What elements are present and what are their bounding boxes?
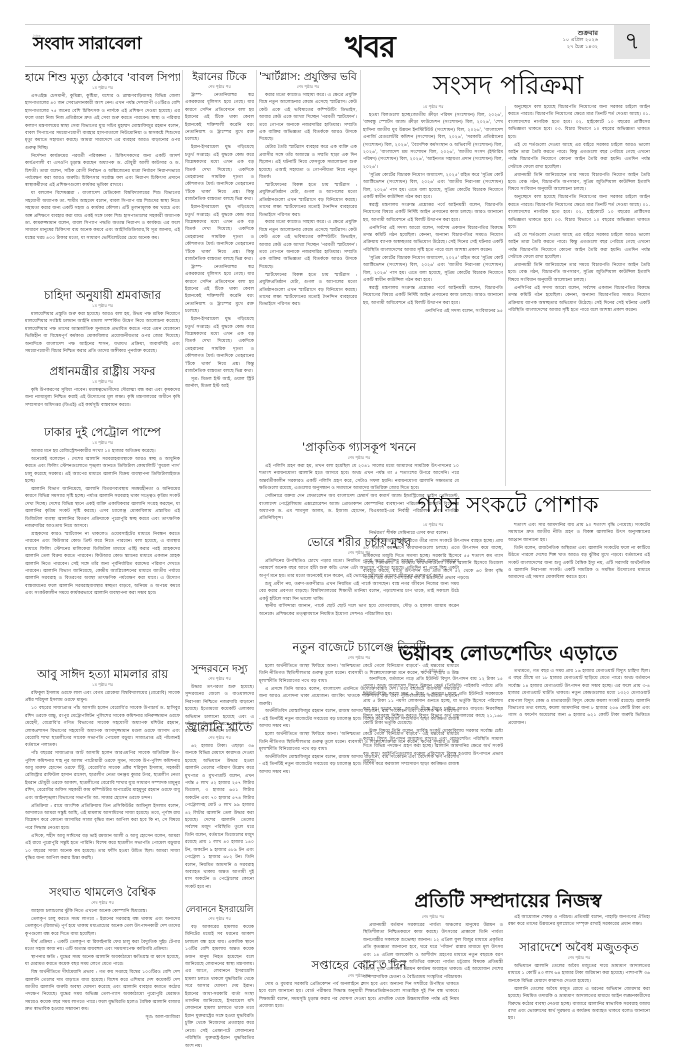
article-paragraph: অভিযানে জ্বালানি তেলের অবৈধ মজুতের দায়ে…	[508, 963, 650, 985]
article-paragraph: ট্রাম্প- নেতানিয়াহুর স্বপ্ন একরকমের ধূল…	[185, 264, 254, 316]
article-toward-iran: ইরানের টিকে শেষ পৃষ্ঠার পর ট্রাম্প- নেতা…	[185, 70, 254, 391]
article-paragraph: করার মতো কাজেও সাহায্য করে। এ ক্ষেত্রে প…	[259, 219, 357, 271]
article-paragraph: এই যে শর্তগুলো দেওয়া আছে এর বাইরে সরকার…	[508, 142, 650, 172]
headline-toward-iran: ইরানের টিকে	[185, 70, 254, 84]
article-paragraph: এনসিপির এই সদস্য আরো বলেন, সর্বশেষ একজন …	[508, 285, 650, 315]
article-gas-crisis-clothing: গ্যাস সংকটে পোশাক	[363, 492, 653, 520]
article-paragraph: স্থানীয় বাসিন্দারা জানান, পার্কে ছোট ছো…	[259, 603, 459, 618]
article-abu-sayeed: আবু সাঈদ হত্যা মামলার রায় ১ম পৃষ্ঠার পর…	[25, 667, 180, 863]
article-paragraph: শুধু প্রবীণ নয়, তরুণ-তরুণীরাও এখন নিয়ম…	[259, 581, 459, 603]
article-paragraph: এই পলিসি গ্রহণ করা হয়, তখন বলা হয়েছিল …	[259, 463, 459, 493]
jump-line: শেষ পৃষ্ঠার পর	[363, 914, 503, 920]
article-paragraph: অনুচ্ছেদে বলা হয়েছে বিচারপতি নিয়োগের জ…	[508, 104, 650, 141]
newspaper-name: সংবাদ সারাবেলা	[33, 31, 141, 59]
jump-line: শেষ পৃষ্ঠার পর	[25, 900, 180, 906]
article-labour-market: চাহিদা অনুযায়ী শ্রমবাজার ১ম পৃষ্ঠার পর …	[25, 288, 180, 356]
section-divider	[363, 490, 651, 491]
jump-line: ১ম পৃষ্ঠার পর	[363, 522, 503, 528]
article-energy-sector: জ্বালানি খাতে শেষ পৃষ্ঠার পর ৬২ হাজার টা…	[185, 720, 254, 892]
jump-line: ১ম পৃষ্ঠার পর	[25, 85, 180, 91]
jump-line: শেষ পৃষ্ঠার পর	[259, 84, 357, 90]
article-paragraph: এনসিপির এই সদস্য আরো বলেন, সর্বশেষ একজন …	[363, 225, 503, 255]
article-paragraph: এনসিপির এই সদস্য বলেন, সংবিধানের ৯৫	[363, 308, 503, 315]
article-source: সূত্র: মিডল ইস্ট আই, ওয়াল স্ট্রিট জার্ন…	[185, 376, 254, 391]
article-paragraph: যা বললেন বিশেষজ্ঞরা : বাংলাদেশ মেডিকেল ব…	[25, 190, 180, 242]
headline-illegal-hoarding: সারাদেশে অবৈধ মজুতকৃত	[508, 940, 650, 955]
gas-crisis-column-2: শতাংশ এবং সার আমদানির ব্যয় প্রায় ৯০ শত…	[508, 522, 650, 582]
article-paragraph: জ্বালানি বিভাগ জানিয়েছে, জ্বালানি বিতরণ…	[25, 486, 180, 530]
article-paragraph: অনুচ্ছেদে বলা হয়েছে বিচারপতি নিয়োগের জ…	[508, 194, 650, 231]
article-paragraph: মেটার তৈরি স্মার্টগ্লাস ব্যবহার করে এক ব…	[259, 144, 357, 181]
jump-line: ১ম পৃষ্ঠার পর	[363, 668, 503, 674]
article-paragraph: নির্দেশনা কার্যক্রমের পরবর্তী পরিকল্পনা …	[25, 153, 180, 190]
masthead: দৈনিক সংবাদ সারাবেলা খবর শুক্রবার ১০ এপ্…	[25, 24, 650, 58]
article-paragraph: বড় আকারের হামলার কয়েক মিনিটের মধ্যেই স…	[185, 924, 254, 1050]
article-paragraph: তেলকূপ চালু করতে সময় লাগবে : ইরানের সরব…	[25, 916, 180, 938]
issue-date: শুক্রবার ১০ এপ্রিল ২০২৬ ২৭ চৈত্র ১৪৩২	[563, 30, 598, 51]
article-lebanon-israel: লেবাননে ইসরায়েলি শেষ পৃষ্ঠার পর বড় আকা…	[185, 904, 254, 1050]
article-paragraph: ইরান-ইসরায়েল যুদ্ধ গড়িয়েছে চতুর্থ সপ্…	[185, 144, 254, 203]
article-paragraph: মালয়েশিয়ার প্রস্তুতি শুরু করা হয়েছে। …	[25, 311, 180, 355]
column-divider	[505, 106, 506, 486]
column-divider	[182, 70, 183, 1030]
community-column-2: এই আয়োজন শেকড় ও পরিচয়। প্রতিমন্ত্রী ব…	[508, 914, 650, 929]
headline-natural-gas: 'প্রাকৃতিক গ্যাসকূপ খননে	[259, 440, 459, 455]
article-paragraph: রফিকুল ইসলাম ওরফে লাল এবং বেগম রোকেয়া ব…	[25, 690, 180, 705]
issue-date-bengali: ২৭ চৈত্র ১৪৩২	[563, 44, 598, 51]
article-paragraph: অন্যদিকে, বর্তমানে গড়ে প্রতি ইউনিট বিদ্…	[363, 676, 503, 728]
article-bubble-cpap: হামে শিশু মৃত্যু ঠেকাবে 'বাবল সিপ্যাপ' ১…	[25, 70, 180, 243]
article-paragraph: পাঁচ বছরের সাজাপ্রাপ্ত আট আসামি হলেন আরএ…	[25, 750, 180, 802]
jump-line: শেষ পৃষ্ঠার পর	[185, 735, 254, 741]
issue-day: শুক্রবার	[563, 30, 598, 37]
headline-loadshedding: ভয়াবহ লোডশেডিং এড়াতে	[363, 640, 653, 666]
jump-line: ১ম পৃষ্ঠার পর	[363, 104, 503, 110]
page-number: ৭	[614, 25, 650, 59]
headline-lebanon-israel: লেবাননে ইসরায়েলি	[185, 904, 254, 916]
article-paragraph: ইরান-ইসরায়েল যুদ্ধ গড়িয়েছে চতুর্থ সপ্…	[185, 316, 254, 375]
jump-line: ১ম পৃষ্ঠার পর	[25, 682, 180, 688]
jump-line: ১ম পৃষ্ঠার পর	[25, 379, 180, 385]
article-parliament: সংসদ পরিক্রমা	[363, 70, 653, 102]
jump-line: শেষ পৃষ্ঠার পর	[185, 84, 254, 90]
article-paragraph: আমার মনে হয় রেজিস্ট্রেশনকারীর সংখ্যা ১০…	[25, 448, 180, 455]
article-smart-glasses: 'স্মার্টগ্লাস: প্রযুক্তির ভবিষ্যৎ শেষ পৃ…	[259, 70, 357, 309]
article-paragraph: গ্রাহকদের কারও স্মার্টফোন না থাকলেও ওয়ে…	[25, 531, 180, 598]
jump-line: ১ম পৃষ্ঠার পর	[25, 440, 180, 446]
headline-pm-visit: প্রধানমন্ত্রীর রাষ্ট্রীয় সফর	[25, 364, 180, 379]
jump-line: ১ম পৃষ্ঠার পর	[25, 303, 180, 309]
article-paragraph: এই আয়োজন শেকড় ও পরিচয়। প্রতিমন্ত্রী ব…	[508, 914, 650, 929]
article-paragraph: প্রধানমন্ত্রী বর্তমান সরকারের পার্বত্য অ…	[363, 922, 503, 981]
article-paragraph: এই যে শর্তগুলো দেওয়া আছে এর বাইরে সরকার…	[508, 232, 650, 262]
article-paragraph: প্রতিক্রিয়া : রায়ে আংশিক প্রতিক্রিয়ায…	[25, 803, 180, 833]
article-paragraph: অনেকেই বলেছেন : দেশের জ্বালানি সরবরাহব্য…	[25, 456, 180, 486]
masthead-divider	[25, 66, 650, 67]
community-column-1: শেষ পৃষ্ঠার পর প্রধানমন্ত্রী বর্তমান সরক…	[363, 914, 503, 982]
article-paragraph: প্রধানমন্ত্রী তিনি জানিয়েছেন তার সময়ে …	[508, 172, 650, 194]
headline-labour-market: চাহিদা অনুযায়ী শ্রমবাজার	[25, 288, 180, 303]
article-paragraph: স্বরাষ্ট্র মন্ত্রণালয় সংক্রান্ত প্রশ্নো…	[363, 285, 503, 307]
article-paragraph: উক্ত বিষয়ে তিনি বলেন, সার্বিক সংকট মোকা…	[363, 728, 503, 765]
article-paragraph: হওয়া বিলগুলো হচ্ছেঃজাতীয় ক্রীড়া পরিষদ…	[363, 112, 503, 171]
article-paragraph: জ্বালানি তেলের অবৈধ মজুত রোধে এ ধরনের অভ…	[508, 986, 650, 1023]
article-paragraph: শতাংশ এবং সার আমদানির ব্যয় প্রায় ৯০ শত…	[508, 522, 650, 544]
article-paragraph: নির্ভরতা' শীর্ষক সেমিনারে এসব কথা বলেন।	[363, 530, 503, 537]
headline-bubble-cpap: হামে শিশু মৃত্যু ঠেকাবে 'বাবল সিপ্যাপ'	[25, 70, 180, 85]
article-paragraph: এদিকে, শহীদ আবু সাঈদের বড় ভাই রমজান আলী…	[25, 833, 180, 863]
article-paragraph: 'সুপ্রিম কোর্টের বিচারক নিয়োগ অধ্যাদেশ,…	[363, 172, 503, 202]
headline-parliament: সংসদ পরিক্রমা	[363, 70, 653, 102]
gas-crisis-column-1: ১ম পৃষ্ঠার পর নির্ভরতা' শীর্ষক সেমিনারে …	[363, 522, 503, 583]
loadshedding-column-1: ১ম পৃষ্ঠার পর অন্যদিকে, বর্তমানে গড়ে প্…	[363, 668, 503, 766]
headline-smart-glasses: 'স্মার্টগ্লাস: প্রযুক্তির ভবিষ্যৎ	[259, 70, 357, 84]
loadshedding-column-2: তথ্যমতে, গত বছর এ সময় প্রায় ১৬ হাজার ম…	[508, 668, 650, 728]
article-paragraph: ১০ বছরের সাজাপ্রাপ্ত পাঁচ আসামি হলেন বের…	[25, 705, 180, 749]
article-pm-visit: প্রধানমন্ত্রীর রাষ্ট্রীয় সফর ১ম পৃষ্ঠার…	[25, 364, 180, 410]
headline-global-conflict: সংঘাত থামলেও বৈশ্বিক	[25, 885, 180, 900]
article-petrol-pumps: ঢাকার দুই পেট্রোল পাম্পে ১ম পৃষ্ঠার পর আ…	[25, 425, 180, 598]
headline-gas-crisis-clothing: গ্যাস সংকটে পোশাক	[363, 492, 653, 520]
article-loadshedding: ভয়াবহ লোডশেডিং এড়াতে	[363, 640, 653, 666]
headline-petrol-pumps: ঢাকার দুই পেট্রোল পাম্পে	[25, 425, 180, 440]
article-paragraph: তথ্যমতে, গত বছর এ সময় প্রায় ১৬ হাজার ম…	[508, 668, 650, 727]
article-each-community: প্রতিটি সম্প্রদায়ের নিজস্ব	[363, 888, 653, 914]
jump-line: শেষ পৃষ্ঠার পর	[185, 916, 254, 922]
column-divider	[360, 70, 361, 450]
article-paragraph: 'সুপ্রিম কোর্টের বিচারক নিয়োগ অধ্যাদেশ,…	[363, 255, 503, 285]
article-paragraph: ট্রাম্প- নেতানিয়াহুর স্বপ্ন একরকমের ধূল…	[185, 92, 254, 144]
article-illegal-hoarding: সারাদেশে অবৈধ মজুতকৃত শেষ পৃষ্ঠার পর অভি…	[508, 940, 650, 1023]
headline-each-community: প্রতিটি সম্প্রদায়ের নিজস্ব	[363, 888, 653, 914]
article-paragraph: কৃষি উপকরণের সুবিধা পাবেন। মধ্যস্বত্বভোগ…	[25, 387, 180, 409]
article-paragraph: স্থাপনার ক্ষতি : যুদ্ধের সময় অনেক জ্বাল…	[25, 954, 180, 969]
article-paragraph: ইরান-ইসরায়েল যুদ্ধ গড়িয়েছে চতুর্থ সপ্…	[185, 204, 254, 263]
headline-abu-sayeed: আবু সাঈদ হত্যা মামলার রায়	[25, 667, 180, 682]
parliament-column-2: অনুচ্ছেদে বলা হয়েছে বিচারপতি নিয়োগের জ…	[508, 104, 650, 315]
article-paragraph: বিশ্ব অর্থনীতিতে দীর্ঘমেয়াদি প্রভাব : গ…	[25, 969, 180, 1013]
article-paragraph: স্মার্টফোনের বিকল্প হতে চায় স্মার্টগ্লা…	[259, 182, 357, 219]
headline-energy-sector: জ্বালানি খাতে	[185, 720, 254, 735]
article-paragraph: দোম ও বুধবার সরকারি প্রেডিকেশন পর্ব অনলা…	[259, 981, 459, 1011]
article-paragraph: স্মার্টফোনের বিকল্প হতে চায় স্মার্টগ্লা…	[259, 272, 357, 309]
article-paragraph: দেশের তৈরি পোশাক খাতে তীব্র গ্যাস সংকটে …	[363, 538, 503, 582]
article-paragraph: এসএইচ্চ চেসমানী, কুমিল্লা, কুষ্টিয়া, যশ…	[25, 93, 180, 152]
article-paragraph: স্বরাষ্ট্র মন্ত্রণালয় সংক্রান্ত প্রশ্নো…	[363, 202, 503, 224]
headline-sundarbans: সুন্দরবনে দস্যু	[185, 662, 254, 676]
jump-line: শেষ পৃষ্ঠার পর	[259, 455, 459, 461]
column-divider	[256, 70, 257, 1030]
jump-line: শেষ পৃষ্ঠার পর	[508, 955, 650, 961]
article-global-conflict: সংঘাত থামলেও বৈশ্বিক শেষ পৃষ্ঠার পর জাহা…	[25, 885, 180, 1022]
jump-line: শেষ পৃষ্ঠার পর	[185, 676, 254, 682]
parliament-column-1: ১ম পৃষ্ঠার পর হওয়া বিলগুলো হচ্ছেঃজাতীয়…	[363, 104, 503, 315]
article-paragraph: দীর্ঘ প্রক্রিয়া : একটি তেলকূপ বা রিফাইন…	[25, 939, 180, 954]
article-paragraph: করার মতো কাজেও সাহায্য করে। এ ক্ষেত্রে প…	[259, 92, 357, 144]
article-paragraph: জাহাজ চলাচলের ঝুঁকি নিতে এখনো অনেক কোম্প…	[25, 908, 180, 915]
issue-date-gregorian: ১০ এপ্রিল ২০২৬	[563, 37, 598, 44]
article-paragraph: প্রধানমন্ত্রী তিনি জানিয়েছেন তার সময়ে …	[508, 262, 650, 284]
article-paragraph: ৬২ হাজার টাকা। এছাড়া ৩৬ জনকে বিভিন্ন মে…	[185, 743, 254, 891]
article-paragraph: তিনি বলেন, রাজনৈতিক অস্থিরতা এবং জ্বালান…	[508, 545, 650, 582]
article-source: সূত্র: আল-জাজিরা	[25, 1014, 180, 1021]
